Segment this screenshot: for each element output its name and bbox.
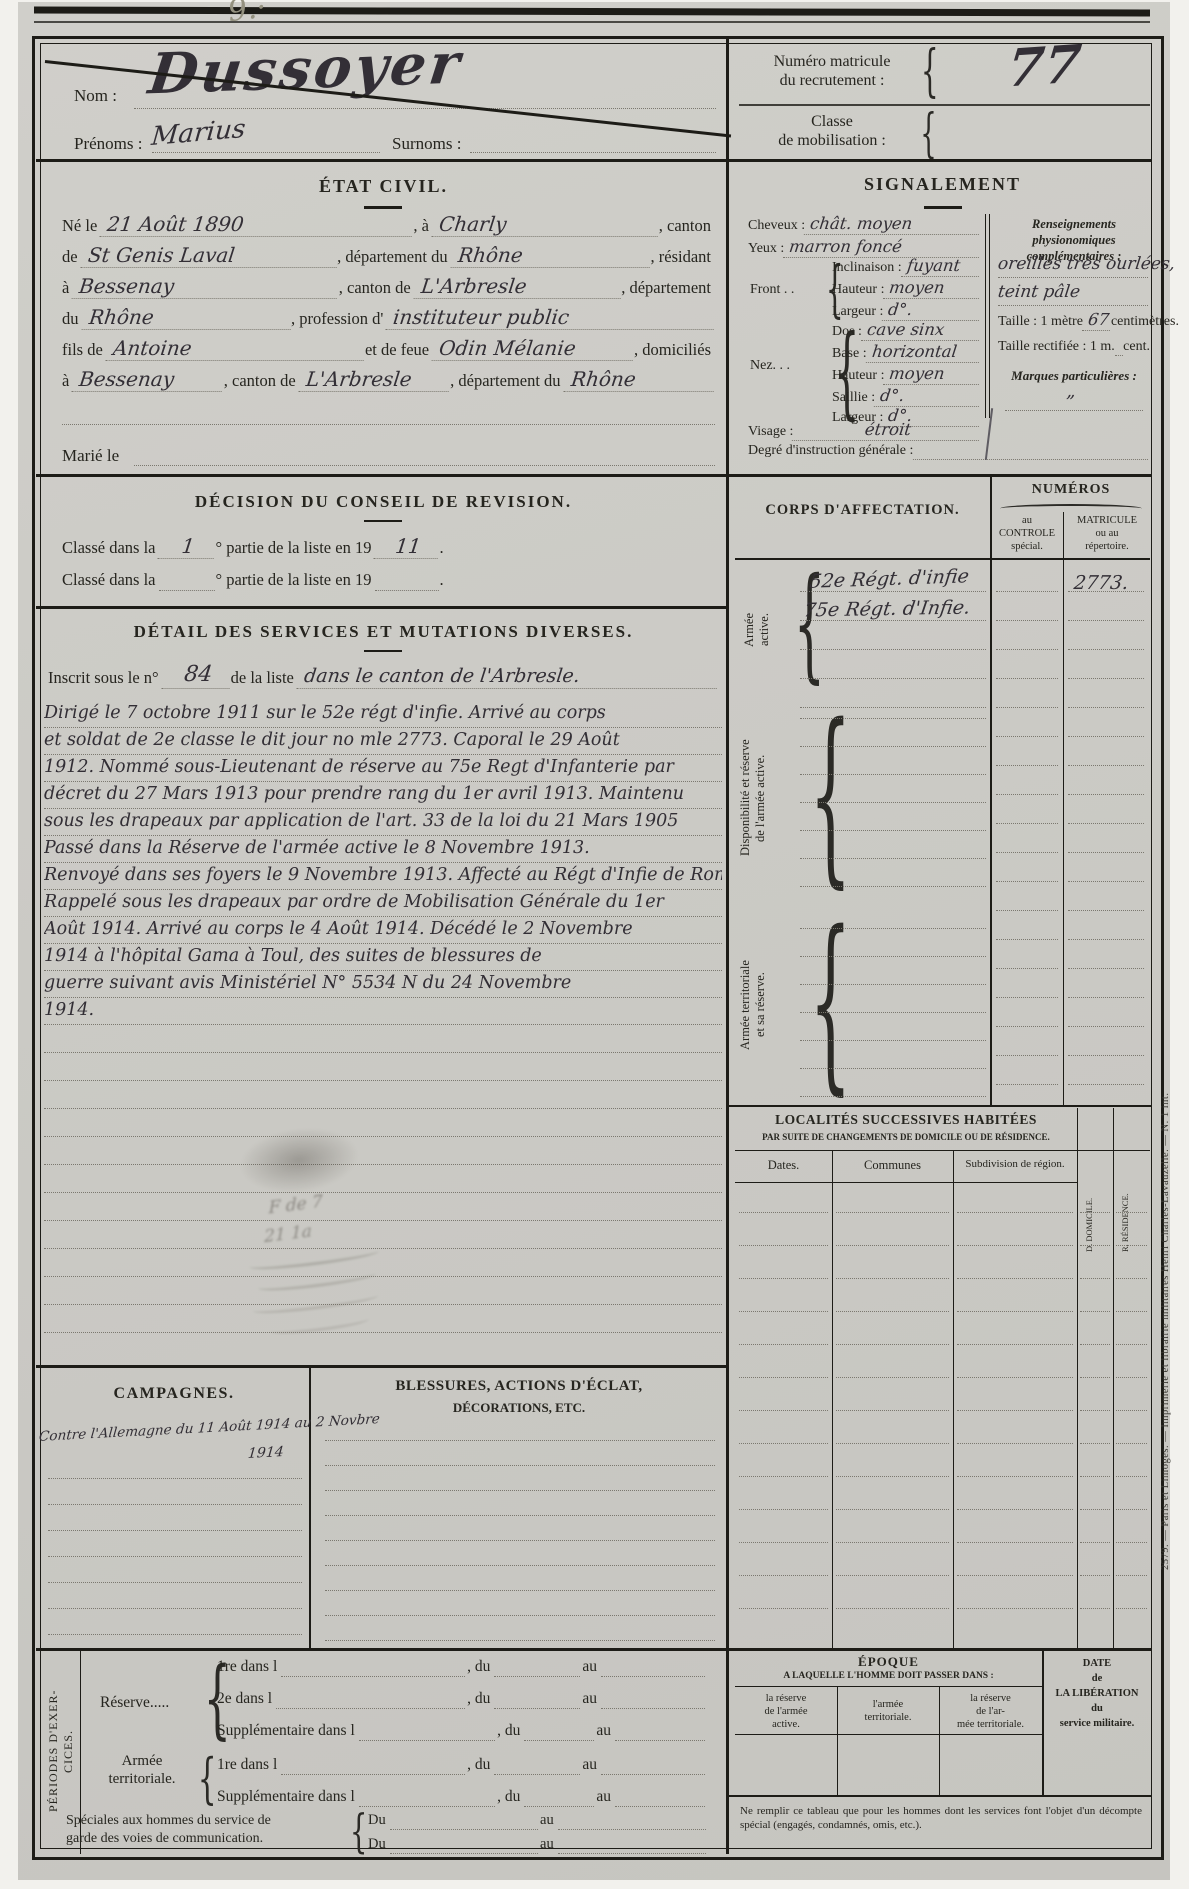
ruled-line (1116, 1245, 1147, 1246)
renseignements-value-2: teint pâle (997, 282, 1081, 302)
label: Supplémentaire dans l (215, 1788, 359, 1807)
ruled-line (836, 1542, 949, 1543)
printer-imprint: 2579. — Paris et Limoges. — Imprimerie e… (1160, 500, 1171, 1570)
ruled-line (996, 910, 1058, 911)
ruled-line (836, 1377, 949, 1378)
nom-rule (134, 108, 716, 109)
localites-rows-communes (836, 1184, 949, 1646)
ruled-line (800, 1012, 986, 1013)
ruled-line (739, 1443, 828, 1444)
liste-annee: 11 (374, 536, 441, 559)
blank (494, 1692, 580, 1709)
service-record-line: sous les drapeaux par application de l'a… (44, 808, 722, 836)
ruled-line (1068, 794, 1144, 795)
ruled-line (48, 1556, 302, 1557)
ruled-line (1080, 1509, 1110, 1510)
matricule-value: 77 (1004, 34, 1084, 100)
ruled-line (800, 886, 986, 887)
ruled-line (996, 591, 1058, 592)
speciales-label: Spéciales aux hommes du service de garde… (66, 1812, 346, 1848)
taille-value: 67 (1082, 312, 1112, 331)
label: , domiciliés (634, 340, 715, 361)
surnoms-rule (470, 152, 716, 153)
ruled-line (1068, 678, 1144, 679)
blessures-title-1: BLESSURES, ACTIONS D'ÉCLAT, (311, 1378, 727, 1395)
label: Classé dans la (62, 538, 159, 559)
blank (390, 1813, 538, 1830)
birth-departement: Rhône (450, 245, 652, 268)
degre-line: Degré d'instruction générale : (748, 443, 1148, 460)
col-controle-header: au CONTROLE spécial. (992, 514, 1062, 553)
blessures-ruled-area (325, 1425, 715, 1647)
etat-civil-title: ÉTAT CIVIL. (40, 176, 727, 197)
service-record-line: Août 1914. Arrivé au corps le 4 Août 191… (44, 916, 722, 944)
yeux-label: Yeux : (748, 241, 784, 258)
yeux-line: Yeux : marron foncé (748, 239, 980, 258)
ruled-line (836, 1278, 949, 1279)
blessures-title-2: DÉCORATIONS, ETC. (311, 1400, 727, 1416)
campagnes-ruled-area (48, 1468, 302, 1648)
ruled-line (1080, 1311, 1110, 1312)
visage-label: Visage : (748, 424, 793, 441)
corps-title: CORPS D'AFFECTATION. (735, 502, 990, 519)
label: au (580, 1756, 601, 1775)
dos-value: cave sinx (861, 322, 981, 341)
label: du (62, 309, 83, 330)
residence-departement: Rhône (81, 307, 292, 330)
label: , département du (337, 247, 451, 268)
note-top-border (727, 1795, 1152, 1797)
ruled-line (1080, 1443, 1110, 1444)
service-record-line: 1914. (44, 997, 722, 1025)
etat-civil-line-6: à Bessenay , canton de L'Arbresle , dépa… (62, 369, 715, 392)
service-record-line: Dirigé le 7 octobre 1911 sur le 52e régt… (44, 700, 722, 728)
nez-hauteur-label: Hauteur : (832, 368, 884, 385)
base-value: horizontal (865, 344, 981, 363)
ruled-line (325, 1565, 715, 1566)
ruled-line (836, 1608, 949, 1609)
blank (276, 1692, 465, 1709)
ruled-line (48, 1530, 302, 1531)
label: , profession d' (291, 309, 387, 330)
renseignements-value-1: oreilles très ourlées, (997, 254, 1177, 274)
ruled-line (739, 1542, 828, 1543)
taille-rect-label-2: cent. (1123, 339, 1150, 356)
yeux-value: marron foncé (783, 239, 981, 258)
ruled-line (957, 1344, 1073, 1345)
label: , du (495, 1722, 524, 1741)
corps-rows-group2 (800, 700, 986, 900)
group-disponibilite-label: Disponibilité et réserve de l'armée acti… (738, 698, 768, 898)
ruled-line (1068, 765, 1144, 766)
epoque-col-1: la réserve de l'armée active. (735, 1692, 837, 1731)
matricule-divider (739, 104, 1150, 106)
label: au (538, 1836, 558, 1854)
epoque-header-line (735, 1686, 1042, 1687)
ruled-line (48, 1608, 302, 1609)
marie-label: Marié le (62, 446, 119, 466)
etat-civil-line-2: de St Genis Laval , département du Rhône… (62, 245, 715, 268)
affectation-matricule: 2773. (1073, 572, 1130, 594)
stamp-smudge (236, 1121, 363, 1199)
ruled-line (957, 1311, 1073, 1312)
campagnes-title: CAMPAGNES. (40, 1385, 308, 1403)
degre-label: Degré d'instruction générale : (748, 443, 913, 460)
parents-departement: Rhône (563, 369, 716, 392)
ruled-line (836, 1575, 949, 1576)
ruled-line (325, 1540, 715, 1541)
service-record-line: 1914 à l'hôpital Gama à Toul, des suites… (44, 943, 722, 971)
epoque-col-border-2 (939, 1686, 940, 1795)
etat-civil-line-5: fils de Antoine et de feue Odin Mélanie … (62, 338, 715, 361)
services-title: DÉTAIL DES SERVICES ET MUTATIONS DIVERSE… (40, 622, 727, 642)
ruled-line (739, 1377, 828, 1378)
front-inclinaison-line: Inclinaison : fuyant (832, 258, 980, 277)
stamp-squiggle (249, 1245, 379, 1273)
ruled-line (1116, 1311, 1147, 1312)
ruled-line (1116, 1575, 1147, 1576)
ruled-line (1116, 1509, 1147, 1510)
affectation-entry-2: 75e Régt. d'Infie. (802, 597, 972, 622)
armee-territoriale-label: Armée territoriale. (96, 1752, 188, 1788)
signalement-bottom-border (727, 474, 1152, 477)
service-record-line: Renvoyé dans ses foyers le 9 Novembre 19… (44, 862, 722, 890)
ruled-line (996, 881, 1058, 882)
numeros-brace (1000, 504, 1142, 513)
taille-line: Taille : 1 mètre 67 centimètres. (998, 312, 1150, 331)
classe-brace: { (920, 108, 937, 160)
group-armee-active-label: Armée active. (742, 570, 772, 690)
etat-civil-line-1: Né le 21 Août 1890 , à Charly , canton (62, 214, 715, 237)
nez-saillie-line: Saillie : d°. (832, 388, 980, 407)
localites-col-border-4 (1113, 1108, 1114, 1648)
marie-rule (134, 465, 715, 466)
label: de la liste (231, 668, 298, 689)
label: Classé dans la (62, 570, 159, 591)
ruled-line (1068, 707, 1144, 708)
ruled-line (957, 1608, 1073, 1609)
reserve-row-1: 1re dans l , du au (215, 1658, 705, 1677)
service-record-line: Passé dans la Réserve de l'armée active … (44, 835, 722, 863)
visage-value: étroit (792, 422, 981, 441)
ruled-line (800, 678, 986, 679)
ruled-line (1068, 823, 1144, 824)
ruled-line (800, 1040, 986, 1041)
ruled-line (1080, 1542, 1110, 1543)
ruled-line (739, 1575, 828, 1576)
header-bottom-border (36, 159, 1152, 162)
blank (390, 1837, 538, 1854)
localites-rows-residence (1116, 1184, 1147, 1646)
ruled-line (1068, 620, 1144, 621)
etat-civil-bottom-border (36, 474, 727, 477)
reserve-row-3: Supplémentaire dans l , du au (215, 1722, 705, 1741)
ruled-line (1068, 968, 1144, 969)
stamp-squiggle (269, 1313, 370, 1337)
decision-bottom-border (36, 606, 727, 609)
ruled-line (1068, 881, 1144, 882)
ruled-line (48, 1582, 302, 1583)
main-column-divider (726, 36, 729, 1854)
label: , résidant (651, 247, 715, 268)
ruled-line (1080, 1575, 1110, 1576)
ruled-line (44, 1052, 722, 1053)
liste-annee-2 (375, 588, 439, 591)
decision-line-1: Classé dans la 1 ° partie de la liste en… (62, 536, 602, 559)
front-hauteur-label: Hauteur : (832, 282, 884, 299)
blank (615, 1724, 705, 1741)
nez-hauteur-line: Hauteur : moyen (832, 366, 980, 385)
ruled-line (739, 1212, 828, 1213)
etat-civil-line-4: du Rhône , profession d' instituteur pub… (62, 307, 715, 330)
signalement-title-dash (924, 206, 962, 209)
ruled-line (48, 1504, 302, 1505)
localites-subheader-line (735, 1182, 1077, 1183)
etat-civil-title-dash (364, 206, 402, 209)
ruled-line (800, 802, 986, 803)
front-label: Front . . (750, 282, 794, 298)
ruled-line (800, 746, 986, 747)
ruled-line (325, 1640, 715, 1641)
ruled-line (836, 1509, 949, 1510)
epoque-title: ÉPOQUE (735, 1654, 1042, 1670)
col-dates-header: Dates. (735, 1158, 832, 1173)
ruled-line (48, 1634, 302, 1635)
stamp-squiggle (258, 1268, 377, 1294)
ruled-line (325, 1490, 715, 1491)
ruled-line (996, 823, 1058, 824)
service-record-line: et soldat de 2e classe le dit jour no ml… (44, 727, 722, 755)
stamp-squiggle (252, 1290, 379, 1317)
label: , du (465, 1756, 494, 1775)
label: 1re dans l (215, 1658, 281, 1677)
ruled-line (1068, 910, 1144, 911)
ruled-line (739, 1245, 828, 1246)
liste-partie: 1 (158, 536, 217, 559)
label: ° partie de la liste en 19 (215, 538, 375, 559)
cheveux-value: chât. moyen (804, 216, 981, 235)
service-record-line: 1912. Nommé sous-Lieutenant de réserve a… (44, 754, 722, 782)
ruled-line (836, 1311, 949, 1312)
ruled-line (1080, 1278, 1110, 1279)
localites-rows-dates (739, 1184, 828, 1646)
epoque-col-3: la réserve de l'ar- mée territoriale. (939, 1692, 1042, 1731)
ruled-line (800, 774, 986, 775)
rule (998, 305, 1148, 306)
ruled-line (836, 1245, 949, 1246)
ruled-line (800, 984, 986, 985)
birth-place: Charly (432, 214, 661, 237)
father-name: Antoine (105, 338, 366, 361)
label: au (594, 1788, 615, 1807)
ruled-line (1068, 939, 1144, 940)
ruled-line (800, 1096, 986, 1097)
mother-name: Odin Mélanie (432, 338, 636, 361)
ruled-line (996, 620, 1058, 621)
pencil-note: 9.· (226, 0, 268, 29)
front-largeur-value: d°. (882, 302, 981, 321)
speciales-row-2: Du au (366, 1836, 706, 1854)
surnoms-label: Surnoms : (392, 134, 461, 154)
ruled-line (739, 1608, 828, 1609)
label: , du (465, 1690, 494, 1709)
ruled-line (996, 1026, 1058, 1027)
ruled-line (996, 707, 1058, 708)
ruled-line (957, 1542, 1073, 1543)
blank (601, 1692, 705, 1709)
label: ° partie de la liste en 19 (215, 570, 375, 591)
ruled-line (996, 765, 1058, 766)
ruled-line (1068, 1026, 1144, 1027)
ruled-line (836, 1344, 949, 1345)
label: Inscrit sous le n° (48, 668, 163, 689)
cheveux-label: Cheveux : (748, 218, 805, 235)
localites-col-border-2 (953, 1150, 954, 1648)
ruled-line (996, 939, 1058, 940)
stamp-fragment: F de 7 (269, 1192, 323, 1219)
ruled-line (957, 1443, 1073, 1444)
localites-col-border-1 (832, 1150, 833, 1648)
territoriale-row-1: 1re dans l , du au (215, 1756, 705, 1775)
inclinaison-value: fuyant (900, 258, 981, 277)
taille-rect-label-1: Taille rectifiée : 1 m. (998, 339, 1115, 356)
ruled-line (1116, 1608, 1147, 1609)
reserve-row-2: 2e dans l , du au (215, 1690, 705, 1709)
prenoms-label: Prénoms : (74, 134, 142, 154)
faded-stamp: F de 7 21 1a (226, 1117, 419, 1348)
col-subdivision-header: Subdivision de région. (953, 1158, 1077, 1170)
blank (494, 1758, 580, 1775)
stamp-fragment: 21 1a (264, 1221, 312, 1247)
ruled-line (957, 1575, 1073, 1576)
ruled-line (44, 1080, 722, 1081)
label: , département (621, 278, 715, 299)
localites-col-border-3 (1077, 1108, 1078, 1648)
scan-edge-line (34, 21, 1150, 23)
ruled-line (957, 1212, 1073, 1213)
service-record-line: Rappelé sous les drapeaux par ordre de M… (44, 889, 722, 917)
rule (998, 277, 1148, 278)
ruled-line (44, 1332, 722, 1333)
label: au (594, 1722, 615, 1741)
taille-rect-value (1115, 354, 1124, 356)
ruled-line (1068, 852, 1144, 853)
profession: instituteur public (386, 307, 716, 330)
ruled-line (957, 1377, 1073, 1378)
marques-label: Marques particulières : (998, 368, 1150, 384)
label: 2e dans l (215, 1690, 276, 1709)
localites-rows-domicile (1080, 1184, 1110, 1646)
ruled-line (1080, 1245, 1110, 1246)
blank (359, 1724, 495, 1741)
blank (494, 1660, 580, 1677)
prenoms-rule (152, 152, 380, 153)
ruled-line (836, 1443, 949, 1444)
ruled-line (1080, 1344, 1110, 1345)
epoque-subheader-line (735, 1734, 1042, 1735)
ruled-line (800, 956, 986, 957)
ruled-line (1116, 1476, 1147, 1477)
saillie-value: d°. (874, 388, 981, 407)
corps-rows-matricule (1068, 565, 1144, 1095)
ruled-line (836, 1476, 949, 1477)
ruled-line (739, 1344, 828, 1345)
blank-rule (62, 424, 715, 425)
front-hauteur-line: Hauteur : moyen (832, 280, 980, 299)
ruled-line (1068, 1055, 1144, 1056)
ruled-line (800, 718, 986, 719)
signalement-inner-rule-1 (985, 214, 986, 418)
label: Du (366, 1836, 390, 1854)
label: Né le (62, 216, 101, 237)
blank (281, 1660, 465, 1677)
blank (524, 1724, 594, 1741)
ruled-line (739, 1278, 828, 1279)
ruled-line (1080, 1377, 1110, 1378)
label: Du (366, 1812, 390, 1830)
ruled-line (44, 1108, 722, 1109)
blank (281, 1758, 465, 1775)
ruled-line (325, 1440, 715, 1441)
canton-liste: dans le canton de l'Arbresle. (297, 667, 720, 689)
ruled-line (996, 1084, 1058, 1085)
degre-value (913, 458, 1148, 460)
base-label: Base : (832, 346, 867, 363)
territoriale-row-2: Supplémentaire dans l , du au (215, 1788, 705, 1807)
ruled-line (800, 649, 986, 650)
blank (615, 1790, 705, 1807)
ruled-line (1080, 1608, 1110, 1609)
epoque-subtitle: A LAQUELLE L'HOMME DOIT PASSER DANS : (735, 1671, 1042, 1681)
ruled-line (957, 1476, 1073, 1477)
corps-col-border-2 (1063, 512, 1064, 1105)
label: . (439, 538, 447, 559)
blank (558, 1837, 706, 1854)
ruled-line (800, 928, 986, 929)
taille-label-2: centimètres. (1111, 314, 1179, 331)
epoque-note: Ne remplir ce tableau que pour les homme… (740, 1804, 1142, 1832)
residence-commune: Bessenay (72, 276, 340, 299)
ruled-line (739, 1476, 828, 1477)
ruled-line (996, 968, 1058, 969)
blank (359, 1790, 495, 1807)
decision-title: DÉCISION DU CONSEIL DE REVISION. (40, 492, 727, 512)
epoque-col-2: l'armée territoriale. (837, 1698, 939, 1724)
ruled-line (1116, 1278, 1147, 1279)
ruled-line (996, 678, 1058, 679)
matricule-brace: { (921, 44, 939, 100)
inclinaison-label: Inclinaison : (832, 260, 902, 277)
ruled-line (996, 794, 1058, 795)
label: et de feue (365, 340, 433, 361)
dos-label: Dos : (832, 324, 862, 341)
visage-line: Visage : étroit (748, 422, 980, 441)
ruled-line (1068, 649, 1144, 650)
col-matricule-header: MATRICULE ou au répertoire. (1066, 514, 1148, 553)
saillie-label: Saillie : (832, 390, 875, 407)
rule (1005, 410, 1143, 411)
classe-label: Classe de mobilisation : (752, 112, 912, 150)
ruled-line (957, 1245, 1073, 1246)
liste-partie-2 (159, 588, 215, 591)
ruled-line (1116, 1443, 1147, 1444)
matricule-label: Numéro matricule du recrutement : (752, 52, 912, 90)
ruled-line (325, 1515, 715, 1516)
ruled-line (836, 1410, 949, 1411)
ruled-line (739, 1410, 828, 1411)
label: de (62, 247, 82, 268)
birth-date: 21 Août 1890 (100, 214, 415, 237)
